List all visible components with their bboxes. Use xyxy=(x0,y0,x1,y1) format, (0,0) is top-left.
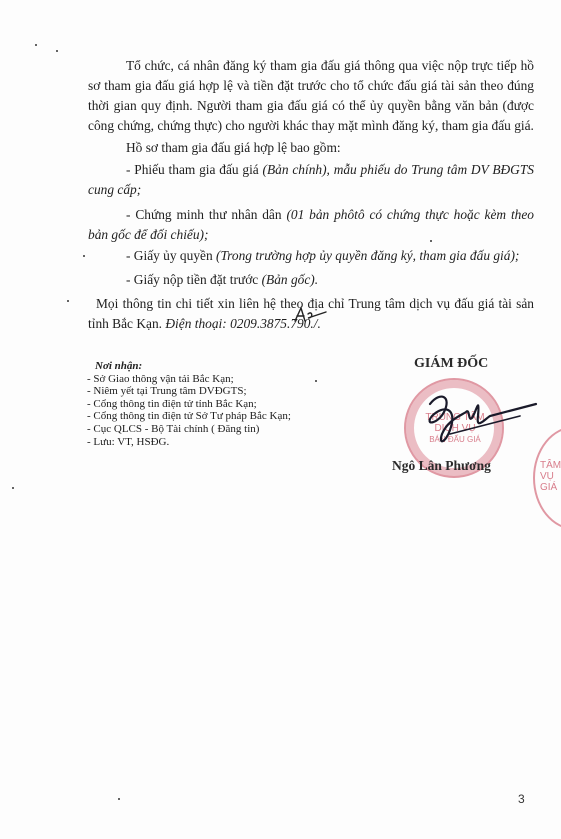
handwritten-signature-icon xyxy=(410,386,540,456)
recipient-item: - Niêm yết tại Trung tâm DVĐGTS; xyxy=(87,385,291,398)
doc-item-note: (Trong trường hợp ủy quyền đăng ký, tham… xyxy=(216,248,519,263)
page-number: 3 xyxy=(518,792,525,806)
stamp-line: TÂM xyxy=(540,460,561,471)
signature-title: GIÁM ĐỐC xyxy=(414,356,488,372)
doc-item-label: - Phiếu tham gia đấu giá xyxy=(126,162,263,177)
doc-item-4: - Giấy nộp tiền đặt trước (Bản gốc). xyxy=(88,270,534,290)
doc-item-label: - Giấy nộp tiền đặt trước xyxy=(126,272,262,287)
recipients-title: Nơi nhận: xyxy=(95,360,291,373)
partial-stamp-text: TÂM VỤ GIÁ xyxy=(540,460,561,493)
recipient-item: - Sở Giao thông vận tải Bắc Kạn; xyxy=(87,373,291,386)
intro-paragraph: Tổ chức, cá nhân đăng ký tham gia đấu gi… xyxy=(88,56,534,136)
doc-item-label: - Giấy ủy quyền xyxy=(126,248,216,263)
recipient-item: - Lưu: VT, HSĐG. xyxy=(87,436,291,449)
docs-heading: Hồ sơ tham gia đấu giá hợp lệ bao gồm: xyxy=(88,138,534,158)
stamp-line: VỤ xyxy=(540,471,561,482)
doc-item-1: - Phiếu tham gia đấu giá (Bản chính), mẫ… xyxy=(88,160,534,200)
document-page: Tổ chức, cá nhân đăng ký tham gia đấu gi… xyxy=(0,0,561,839)
initials-mark-icon xyxy=(292,306,328,324)
recipient-item: - Cổng thông tin điện tử Sở Tư pháp Bắc … xyxy=(87,410,291,423)
signer-name: Ngô Lân Phương xyxy=(392,458,491,474)
recipient-item: - Cổng thông tin điện tử tỉnh Bắc Kạn; xyxy=(87,398,291,411)
recipient-item: - Cục QLCS - Bộ Tài chính ( Đăng tin) xyxy=(87,423,291,436)
doc-item-note: (Bản gốc). xyxy=(262,272,319,287)
recipients-block: Nơi nhận: - Sở Giao thông vận tải Bắc Kạ… xyxy=(87,360,291,448)
doc-item-label: - Chứng minh thư nhân dân xyxy=(126,207,286,222)
stamp-line: GIÁ xyxy=(540,482,561,493)
doc-item-2: - Chứng minh thư nhân dân (01 bản phôtô … xyxy=(88,205,534,245)
doc-item-3: - Giấy ủy quyền (Trong trường hợp ủy quy… xyxy=(88,246,534,266)
